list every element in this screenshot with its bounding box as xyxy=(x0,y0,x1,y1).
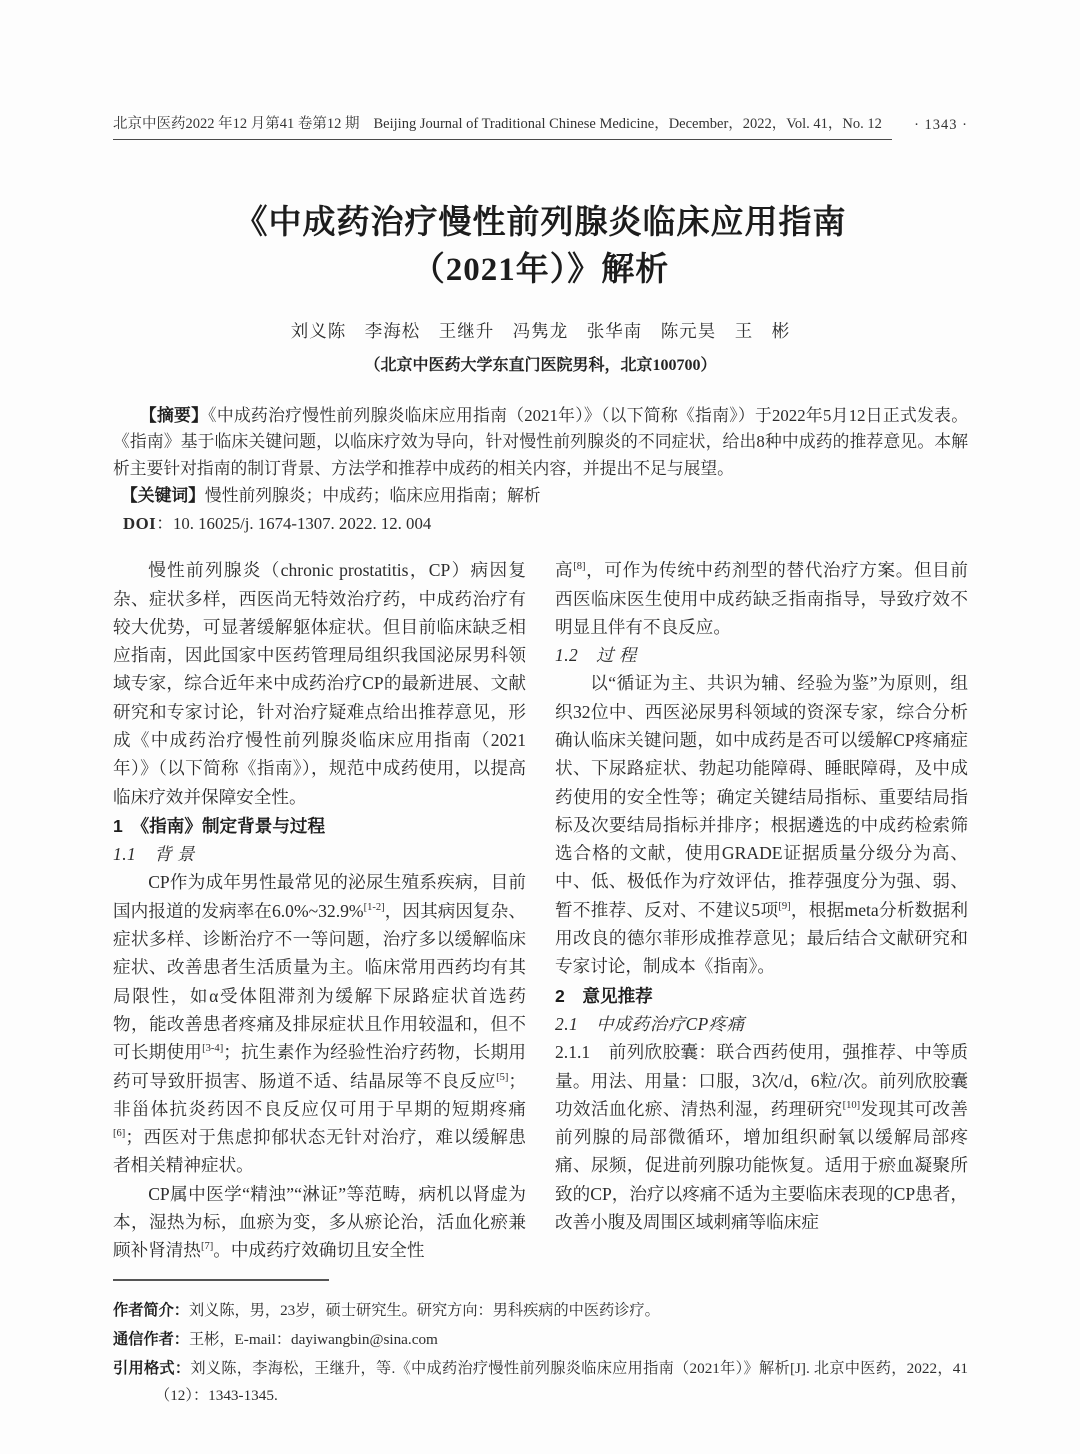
keywords-label: 【关键词】 xyxy=(121,486,205,505)
tcm-theory-paragraph: CP属中医学“精浊”“淋证”等范畴，病机以肾虚为本，湿热为标，血瘀为变，多从瘀论… xyxy=(113,1180,526,1265)
section-2-1-heading: 2.1 中成药治疗CP疼痛 xyxy=(555,1010,968,1038)
author-bio-line: 作者简介：刘义陈，男，23岁，硕士研究生。研究方向：男科疾病的中医药诊疗。 xyxy=(113,1297,968,1324)
article-body: 慢性前列腺炎（chronic prostatitis，CP）病因复杂、症状多样，… xyxy=(113,556,968,1264)
continuation-paragraph: 高[8]，可作为传统中药剂型的替代治疗方案。但目前西医临床医生使用中成药缺乏指南… xyxy=(555,556,968,641)
journal-title-chinese: 北京中医药2022 年12 月第41 卷第12 期 xyxy=(113,116,360,132)
section-2-heading: 2 意见推荐 xyxy=(555,982,968,1010)
footnote-separator xyxy=(113,1279,329,1281)
section-1-2-heading: 1.2 过 程 xyxy=(555,641,968,669)
section-1-heading: 1 《指南》制定背景与过程 xyxy=(113,812,526,840)
page-number: · 1343 · xyxy=(914,117,968,140)
abstract-text: 《中成药治疗慢性前列腺炎临床应用指南（2021年）》（以下简称《指南》）于202… xyxy=(113,406,968,478)
section-1-2-paragraph: 以“循证为主、共识为辅、经验为鉴”为原则，组织32位中、西医泌尿男科领域的资深专… xyxy=(555,669,968,980)
article-title-line2: （2021年）》解析 xyxy=(412,252,670,288)
keywords-line: 【关键词】慢性前列腺炎；中成药；临床应用指南；解析 xyxy=(113,483,968,510)
section-1-1-heading: 1.1 背 景 xyxy=(113,840,526,868)
footnote-block: 作者简介：刘义陈，男，23岁，硕士研究生。研究方向：男科疾病的中医药诊疗。 通信… xyxy=(113,1297,968,1409)
citation-label: 引用格式： xyxy=(113,1360,190,1377)
abstract-block: 【摘要】《中成药治疗慢性前列腺炎临床应用指南（2021年）》（以下简称《指南》）… xyxy=(113,403,968,538)
corresponding-author-text: 王彬，E-mail：dayiwangbin@sina.com xyxy=(189,1331,438,1348)
intro-paragraph: 慢性前列腺炎（chronic prostatitis，CP）病因复杂、症状多样，… xyxy=(113,556,526,811)
doi-label: DOI xyxy=(123,514,156,533)
abstract-label: 【摘要】 xyxy=(140,406,208,425)
section-2-1-1-paragraph: 2.1.1 前列欣胶囊：联合西药使用，强推荐、中等质量。用法、用量：口服，3次/… xyxy=(555,1038,968,1236)
article-title-line1: 《中成药治疗慢性前列腺炎临床应用指南 xyxy=(235,205,847,241)
journal-title-english: Beijing Journal of Traditional Chinese M… xyxy=(374,116,882,132)
right-column: 高[8]，可作为传统中药剂型的替代治疗方案。但目前西医临床医生使用中成药缺乏指南… xyxy=(555,556,968,1264)
running-head-journal: 北京中医药2022 年12 月第41 卷第12 期Beijing Journal… xyxy=(113,112,892,140)
author-bio-text: 刘义陈，男，23岁，硕士研究生。研究方向：男科疾病的中医药诊疗。 xyxy=(189,1302,660,1319)
section-1-1-paragraph: CP作为成年男性最常见的泌尿生殖系疾病，目前国内报道的发病率在6.0%~32.9… xyxy=(113,868,526,1179)
doi-value: ：10. 16025/j. 1674-1307. 2022. 12. 004 xyxy=(156,514,431,533)
running-head: 北京中医药2022 年12 月第41 卷第12 期Beijing Journal… xyxy=(113,112,968,140)
corresponding-author-line: 通信作者：王彬，E-mail：dayiwangbin@sina.com xyxy=(113,1326,968,1353)
author-list: 刘义陈 李海松 王继升 冯隽龙 张华南 陈元昊 王 彬 xyxy=(113,318,968,343)
author-bio-label: 作者简介： xyxy=(113,1302,189,1319)
doi-line: DOI：10. 16025/j. 1674-1307. 2022. 12. 00… xyxy=(113,511,968,538)
affiliation: （北京中医药大学东直门医院男科，北京100700） xyxy=(113,352,968,375)
article-title: 《中成药治疗慢性前列腺炎临床应用指南 （2021年）》解析 xyxy=(113,200,968,294)
left-column: 慢性前列腺炎（chronic prostatitis，CP）病因复杂、症状多样，… xyxy=(113,556,526,1264)
abstract-paragraph: 【摘要】《中成药治疗慢性前列腺炎临床应用指南（2021年）》（以下简称《指南》）… xyxy=(113,403,968,483)
citation-text: 刘义陈，李海松，王继升，等.《中成药治疗慢性前列腺炎临床应用指南（2021年）》… xyxy=(155,1360,968,1404)
journal-page: 北京中医药2022 年12 月第41 卷第12 期Beijing Journal… xyxy=(0,0,1080,1454)
corresponding-author-label: 通信作者： xyxy=(113,1331,189,1348)
keywords-text: 慢性前列腺炎；中成药；临床应用指南；解析 xyxy=(205,486,541,505)
citation-line: 引用格式：刘义陈，李海松，王继升，等.《中成药治疗慢性前列腺炎临床应用指南（20… xyxy=(113,1355,968,1409)
